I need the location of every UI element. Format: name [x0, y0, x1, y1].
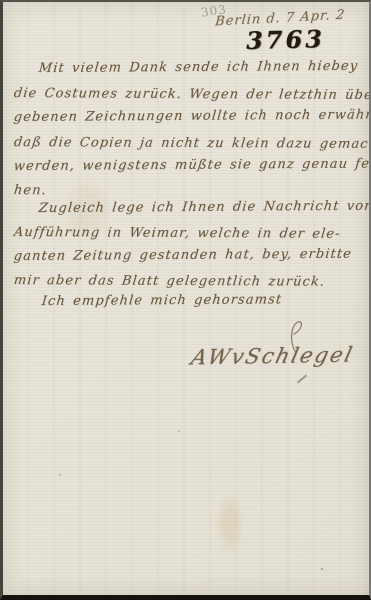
handwriting-line: gebenen Zeichnungen wollte ich noch erwä…	[13, 107, 371, 125]
handwriting-line: Mit vielem Dank sende ich Ihnen hiebey	[38, 59, 359, 76]
handwriting-line: hen.	[13, 183, 48, 198]
handwriting-line: werden, wenigstens müßte sie ganz genau …	[13, 156, 371, 174]
ink-speck	[59, 474, 61, 476]
ink-speck	[321, 568, 323, 570]
handwriting-line: mir aber das Blatt gelegentlich zurück.	[13, 273, 326, 290]
archive-stamp-number: 3763	[246, 24, 326, 55]
handwriting-line: daß die Copien ja nicht zu klein dazu ge…	[13, 135, 371, 152]
handwriting-line: Aufführung in Weimar, welche in der ele-	[13, 225, 341, 242]
handwriting-line: ganten Zeitung gestanden hat, bey, erbit…	[13, 247, 353, 264]
handwriting-line: Zugleich lege ich Ihnen die Nachricht vo…	[38, 198, 371, 216]
ink-speck	[178, 430, 180, 432]
handwriting-line: die Costumes zurück. Wegen der letzthin …	[13, 86, 371, 103]
closing-line: Ich empfehle mich gehorsamst	[41, 292, 283, 309]
pencil-mark	[297, 374, 307, 383]
letter-scan: 303 Berlin d. 7 Apr. 2 3763 Mit vielem D…	[0, 0, 371, 600]
signature: AWvSchlegel	[189, 343, 356, 370]
